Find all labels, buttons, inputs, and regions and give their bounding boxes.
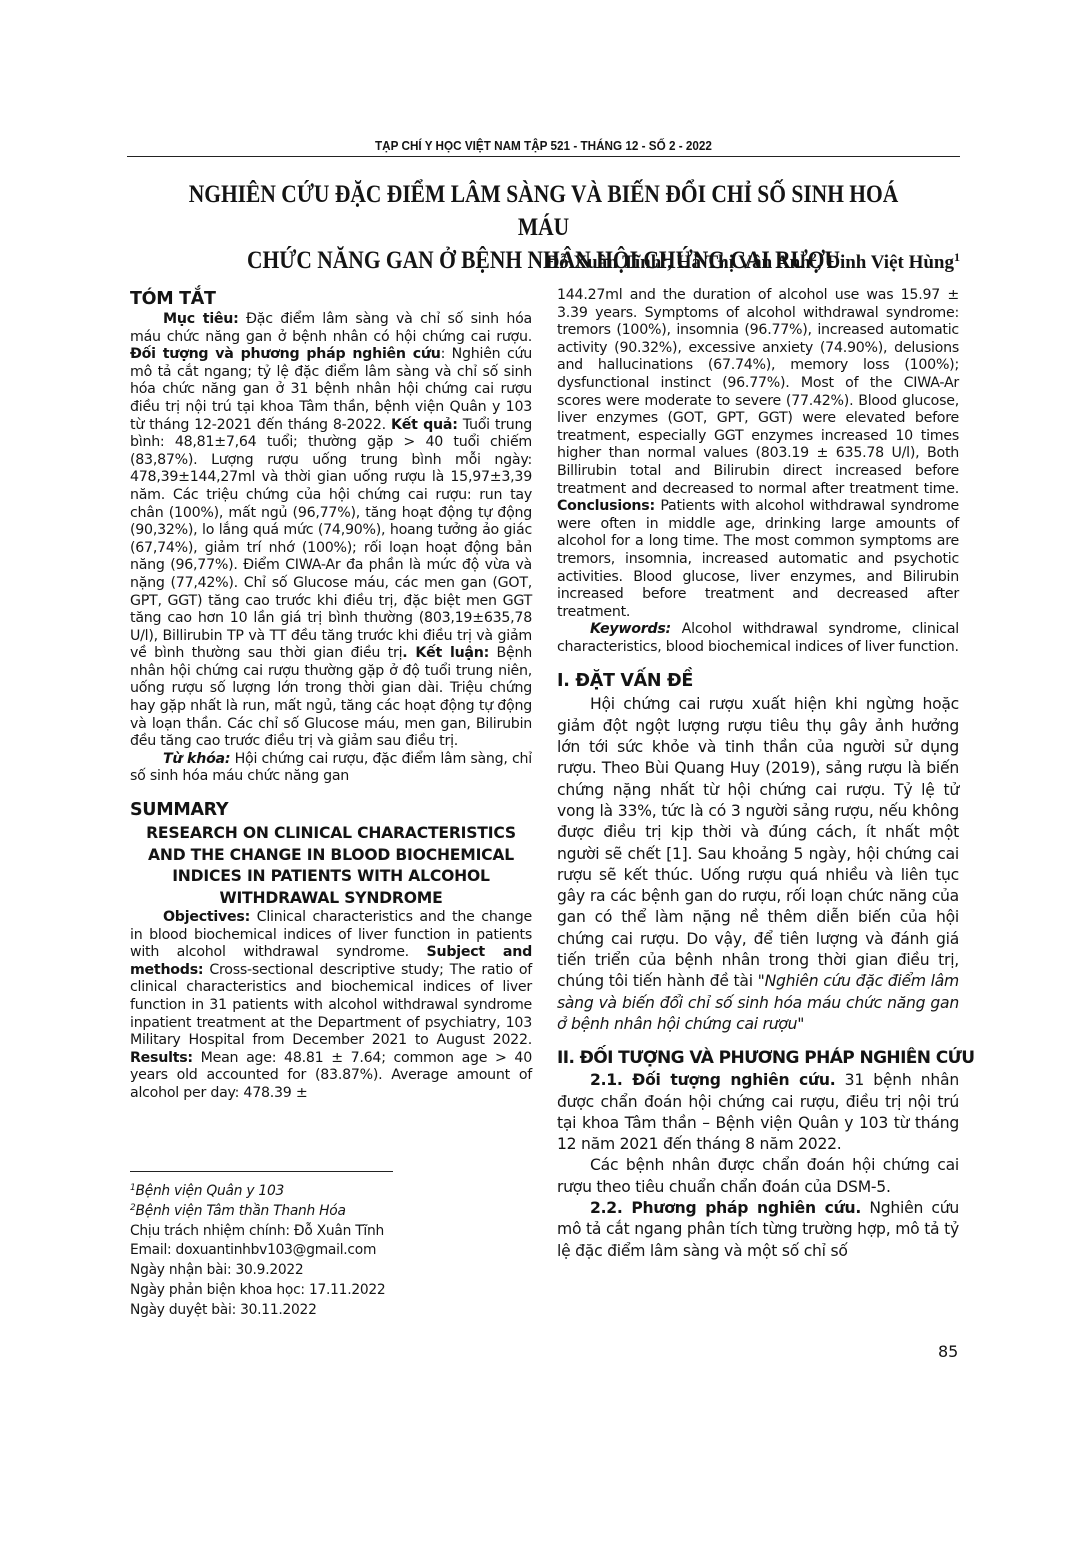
- results-en-text-continued: 144.27ml and the duration of alcohol use…: [557, 287, 959, 497]
- section-2-2-paragraph: 2.2. Phương pháp nghiên cứu. Nghiên cứu …: [557, 1198, 959, 1262]
- section-1-heading: I. ĐẶT VẤN ĐỀ: [557, 670, 959, 692]
- accepted-date: Ngày duyệt bài: 30.11.2022: [130, 1301, 532, 1321]
- objective-label: Mục tiêu:: [163, 311, 239, 327]
- author-separator: ,: [817, 252, 827, 273]
- header-rule: [127, 156, 960, 157]
- section-1-paragraph: Hội chứng cai rượu xuất hiện khi ngừng h…: [557, 694, 959, 1035]
- contact-email[interactable]: Email: doxuantinhbv103@gmail.com: [130, 1241, 532, 1261]
- corresponding-author: Chịu trách nhiệm chính: Đỗ Xuân Tĩnh: [130, 1222, 532, 1242]
- footnotes: 1Bệnh viện Quân y 103 2Bệnh viện Tâm thầ…: [130, 1182, 532, 1321]
- section-2-1-paragraph-2: Các bệnh nhân được chẩn đoán hội chứng c…: [557, 1155, 959, 1198]
- abstract-en-continued: 144.27ml and the duration of alcohol use…: [557, 287, 959, 621]
- results-text: Tuổi trung bình: 48,81±7,64 tuổi; thường…: [130, 417, 532, 662]
- review-date: Ngày phản biện khoa học: 17.11.2022: [130, 1281, 532, 1301]
- author-list: Đỗ Xuân Tĩnh1, Hà Thị Vân Anh2, Đinh Việ…: [545, 252, 960, 274]
- section-1-text: Hội chứng cai rượu xuất hiện khi ngừng h…: [557, 695, 959, 990]
- footnote-rule: [130, 1171, 393, 1172]
- journal-page: TẠP CHÍ Y HỌC VIỆT NAM TẬP 521 - THÁNG 1…: [0, 0, 1090, 1541]
- abstract-en-body: Objectives: Clinical characteristics and…: [130, 909, 532, 1103]
- subsection-2-2-label: 2.2. Phương pháp nghiên cứu.: [590, 1199, 861, 1217]
- keywords-vi: Từ khóa: Hội chứng cai rượu, đặc điểm lâ…: [130, 751, 532, 786]
- title-line-1: NGHIÊN CỨU ĐẶC ĐIỂM LÂM SÀNG VÀ BIẾN ĐỔI…: [185, 178, 901, 244]
- author-name: Đỗ Xuân Tĩnh: [545, 252, 661, 273]
- author-separator: ,: [667, 252, 677, 273]
- affiliation-text: Bệnh viện Tâm thần Thanh Hóa: [135, 1203, 345, 1219]
- author-name: Đinh Việt Hùng: [826, 252, 954, 273]
- author-name: Hà Thị Vân Anh: [677, 252, 811, 273]
- conclusions-label: Conclusions:: [557, 498, 655, 514]
- keywords-en: Keywords: Alcohol withdrawal syndrome, c…: [557, 621, 959, 656]
- received-date: Ngày nhận bài: 30.9.2022: [130, 1261, 532, 1281]
- running-head: TẠP CHÍ Y HỌC VIỆT NAM TẬP 521 - THÁNG 1…: [156, 139, 931, 153]
- affiliation-1: 1Bệnh viện Quân y 103: [130, 1183, 284, 1199]
- subsection-2-1-label: 2.1. Đối tượng nghiên cứu.: [590, 1071, 835, 1089]
- conclusion-label: . Kết luận:: [402, 645, 489, 661]
- section-2-heading: II. ĐỐI TƯỢNG VÀ PHƯƠNG PHÁP NGHIÊN CỨU: [557, 1047, 959, 1069]
- abstract-vi-body: Mục tiêu: Đặc điểm lâm sàng và chỉ số si…: [130, 311, 532, 751]
- left-column: TÓM TẮT Mục tiêu: Đặc điểm lâm sàng và c…: [130, 288, 532, 1103]
- keywords-vi-label: Từ khóa:: [163, 751, 230, 767]
- results-en-label: Results:: [130, 1050, 193, 1066]
- results-label: Kết quả:: [391, 417, 458, 433]
- section-2-1-paragraph: 2.1. Đối tượng nghiên cứu. 31 bệnh nhân …: [557, 1070, 959, 1155]
- keywords-en-label: Keywords:: [590, 621, 671, 637]
- affiliation-text: Bệnh viện Quân y 103: [135, 1183, 284, 1199]
- abstract-vi-heading: TÓM TẮT: [130, 288, 532, 310]
- summary-heading: SUMMARY: [130, 799, 532, 821]
- right-column: 144.27ml and the duration of alcohol use…: [557, 287, 959, 1262]
- objectives-label: Objectives:: [163, 909, 250, 925]
- conclusions-text: Patients with alcohol withdrawal syndrom…: [557, 498, 959, 620]
- page-number: 85: [938, 1342, 958, 1361]
- affiliation-2: 2Bệnh viện Tâm thần Thanh Hóa: [130, 1203, 346, 1219]
- summary-title: RESEARCH ON CLINICAL CHARACTERISTICS AND…: [130, 823, 532, 909]
- author-affiliation-mark: 1: [954, 250, 960, 264]
- methods-label: Đối tượng và phương pháp nghiên cứu: [130, 346, 441, 362]
